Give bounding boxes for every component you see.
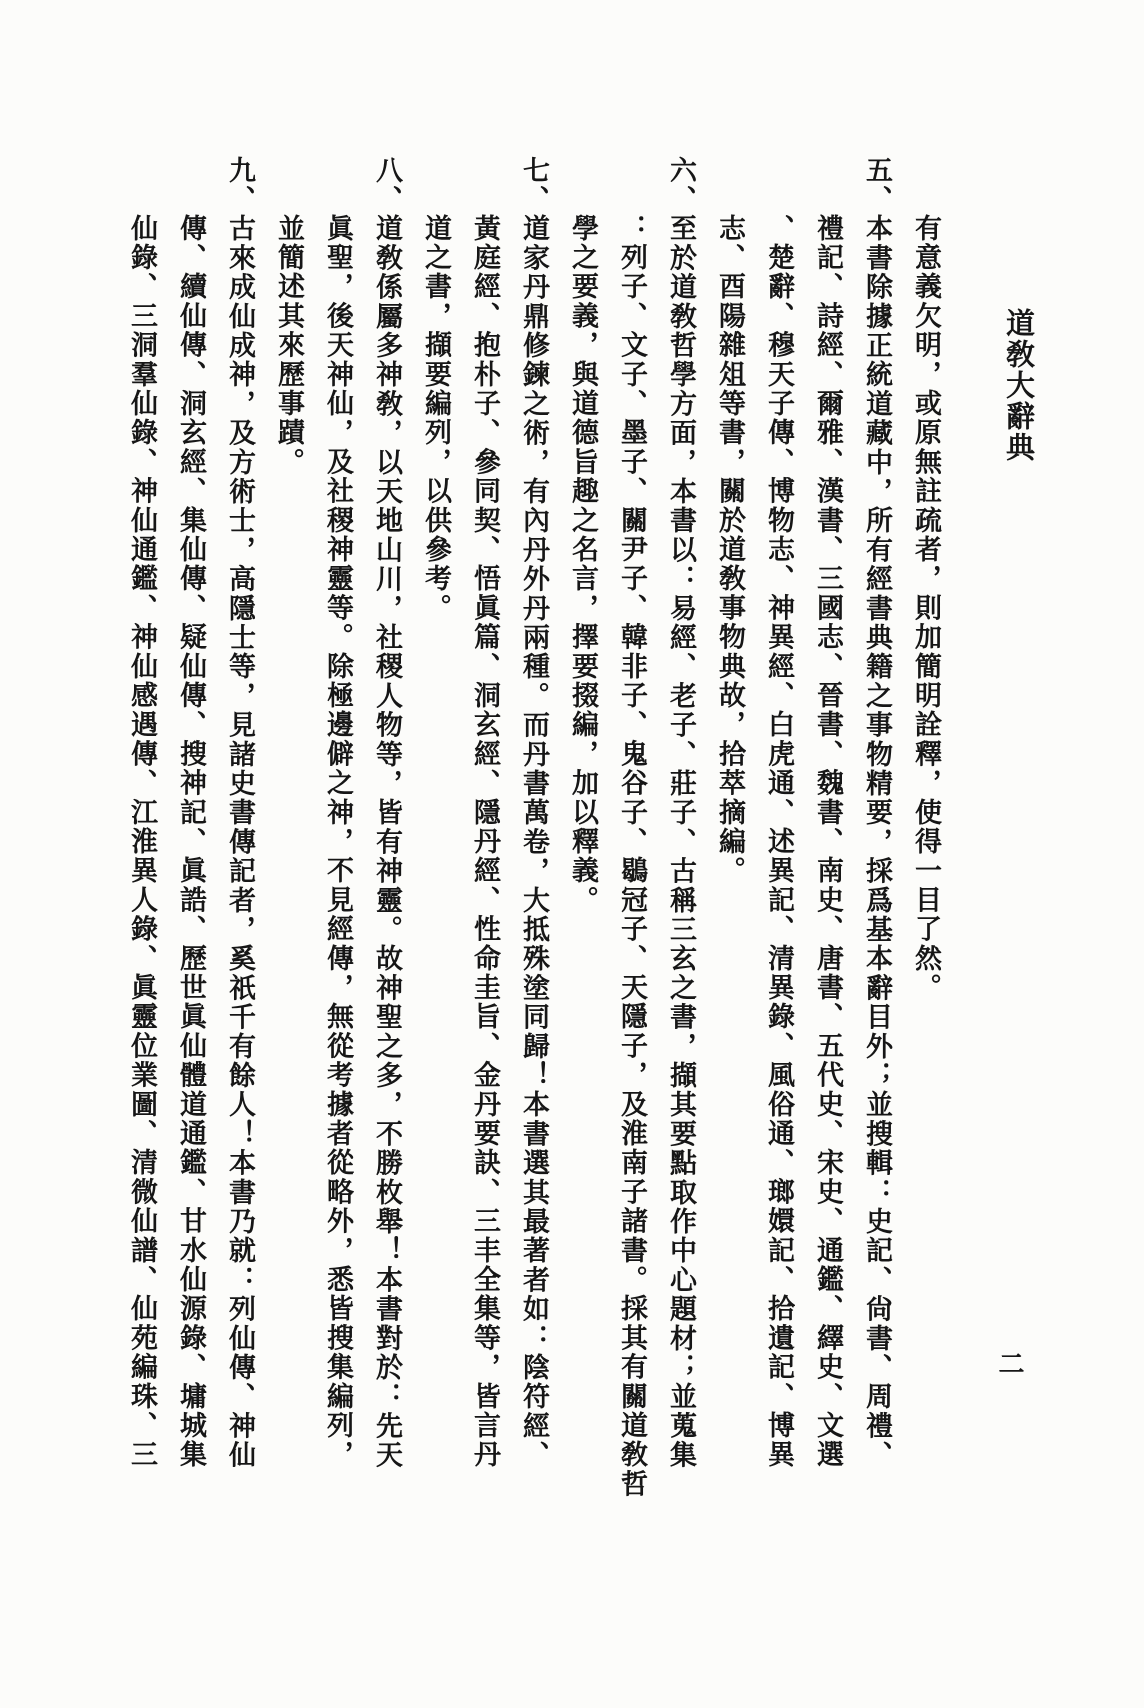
book-title: 道敎大辭典 [998, 308, 1039, 463]
page-number: 二 [991, 1350, 1028, 1376]
text-column: 並簡述其來歷事蹟。 [264, 156, 313, 1544]
text-column: 禮記、詩經、爾雅、漢書、三國志、晉書、魏書、南史、唐書、五代史、宋史、通鑑、繹史… [803, 156, 852, 1544]
text-column: 有意義欠明，或原無註疏者，則加簡明詮釋，使得一目了然。 [901, 156, 950, 1544]
text-column: 黃庭經、抱朴子、參同契、悟眞篇、洞玄經、隱丹經、性命圭旨、金丹要訣、三丰全集等，… [460, 156, 509, 1544]
text-body: 有意義欠明，或原無註疏者，則加簡明詮釋，使得一目了然。 五、本書除據正統道藏中，… [117, 156, 950, 1496]
text-column: 傳、續仙傳、洞玄經、集仙傳、疑仙傳、搜神記、眞誥、歷世眞仙體道通鑑、甘水仙源錄、… [166, 156, 215, 1544]
text-column: 七、道家丹鼎修鍊之術，有內丹外丹兩種。而丹書萬卷，大抵殊塗同歸！本書選其最著者如… [509, 156, 558, 1486]
text-column: 八、道敎係屬多神敎，以天地山川，社稷人物等，皆有神靈。故神聖之多，不勝枚舉！本書… [362, 156, 411, 1486]
text-column: 眞聖，後天神仙，及社稷神靈等。除極邊僻之神，不見經傳，無從考據者從略外，悉皆搜集… [313, 156, 362, 1544]
text-column: 仙錄、三洞羣仙錄、神仙通鑑、神仙感遇傳、江淮異人錄、眞靈位業圖、清微仙譜、仙苑編… [117, 156, 166, 1544]
scanned-book-page: 道敎大辭典 有意義欠明，或原無註疏者，則加簡明詮釋，使得一目了然。 五、本書除據… [0, 0, 1144, 1708]
text-column: 九、古來成仙成神，及方術士，高隱士等，見諸史書傳記者，奚祇千有餘人！本書乃就：列… [215, 156, 264, 1486]
text-column: 學之要義，與道德旨趣之名言，擇要掇編，加以釋義。 [558, 156, 607, 1544]
text-column: 志、酉陽雜俎等書，關於道敎事物典故，拾萃摘編。 [705, 156, 754, 1544]
text-column: 五、本書除據正統道藏中，所有經書典籍之事物精要，採爲基本辭目外；並搜輯：史記、尙… [852, 156, 901, 1486]
text-column: 六、至於道敎哲學方面，本書以：易經、老子、莊子、古稱三玄之書，擷其要點取作中心題… [656, 156, 705, 1486]
text-column: ：列子、文子、墨子、關尹子、韓非子、鬼谷子、鶡冠子、天隱子，及淮南子諸書。採其有… [607, 156, 656, 1544]
text-column: 道之書，擷要編列，以供參考。 [411, 156, 460, 1544]
text-column: 、楚辭、穆天子傳、博物志、神異經、白虎通、述異記、清異錄、風俗通、瑯嬛記、拾遺記… [754, 156, 803, 1544]
